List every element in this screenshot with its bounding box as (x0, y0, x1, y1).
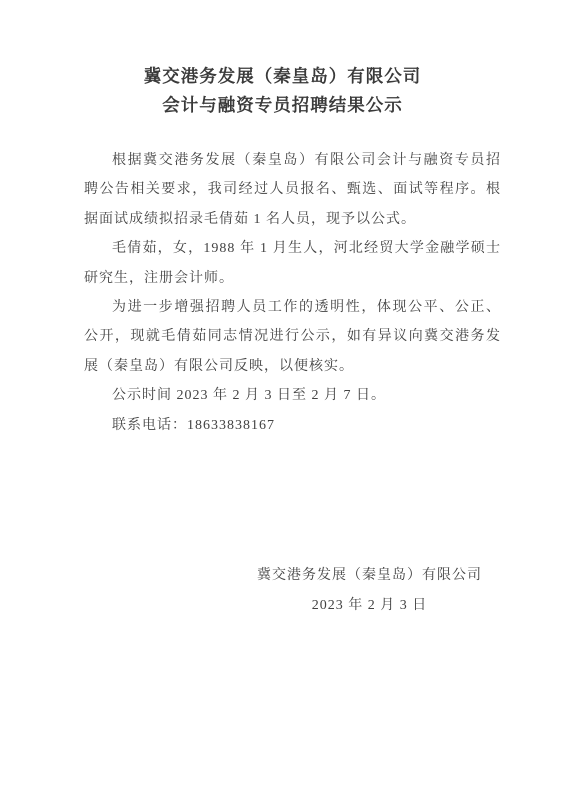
paragraph-candidate-info: 毛倩茹，女，1988 年 1 月生人，河北经贸大学金融学硕士研究生，注册会计师。 (84, 234, 501, 293)
paragraph-contact-phone: 联系电话：18633838167 (84, 411, 501, 440)
signature-inner: 冀交港务发展（秦皇岛）有限公司 2023 年 2 月 3 日 (257, 561, 482, 621)
document-title: 冀交港务发展（秦皇岛）有限公司 会计与融资专员招聘结果公示 (0, 0, 565, 120)
paragraph-transparency: 为进一步增强招聘人员工作的透明性，体现公平、公正、公开，现就毛倩茹同志情况进行公… (84, 293, 501, 381)
signature-company: 冀交港务发展（秦皇岛）有限公司 (257, 561, 482, 591)
document-title-line2: 会计与融资专员招聘结果公示 (0, 91, 565, 120)
signature-date: 2023 年 2 月 3 日 (257, 591, 482, 621)
paragraph-intro: 根据冀交港务发展（秦皇岛）有限公司会计与融资专员招聘公告相关要求，我司经过人员报… (84, 146, 501, 234)
document-body: 根据冀交港务发展（秦皇岛）有限公司会计与融资专员招聘公告相关要求，我司经过人员报… (84, 146, 501, 440)
signature-block: 冀交港务发展（秦皇岛）有限公司 2023 年 2 月 3 日 (0, 561, 565, 621)
paragraph-publicity-period: 公示时间 2023 年 2 月 3 日至 2 月 7 日。 (84, 381, 501, 410)
document-title-line1: 冀交港务发展（秦皇岛）有限公司 (0, 62, 565, 91)
announcement-document: 冀交港务发展（秦皇岛）有限公司 会计与融资专员招聘结果公示 根据冀交港务发展（秦… (0, 0, 565, 804)
